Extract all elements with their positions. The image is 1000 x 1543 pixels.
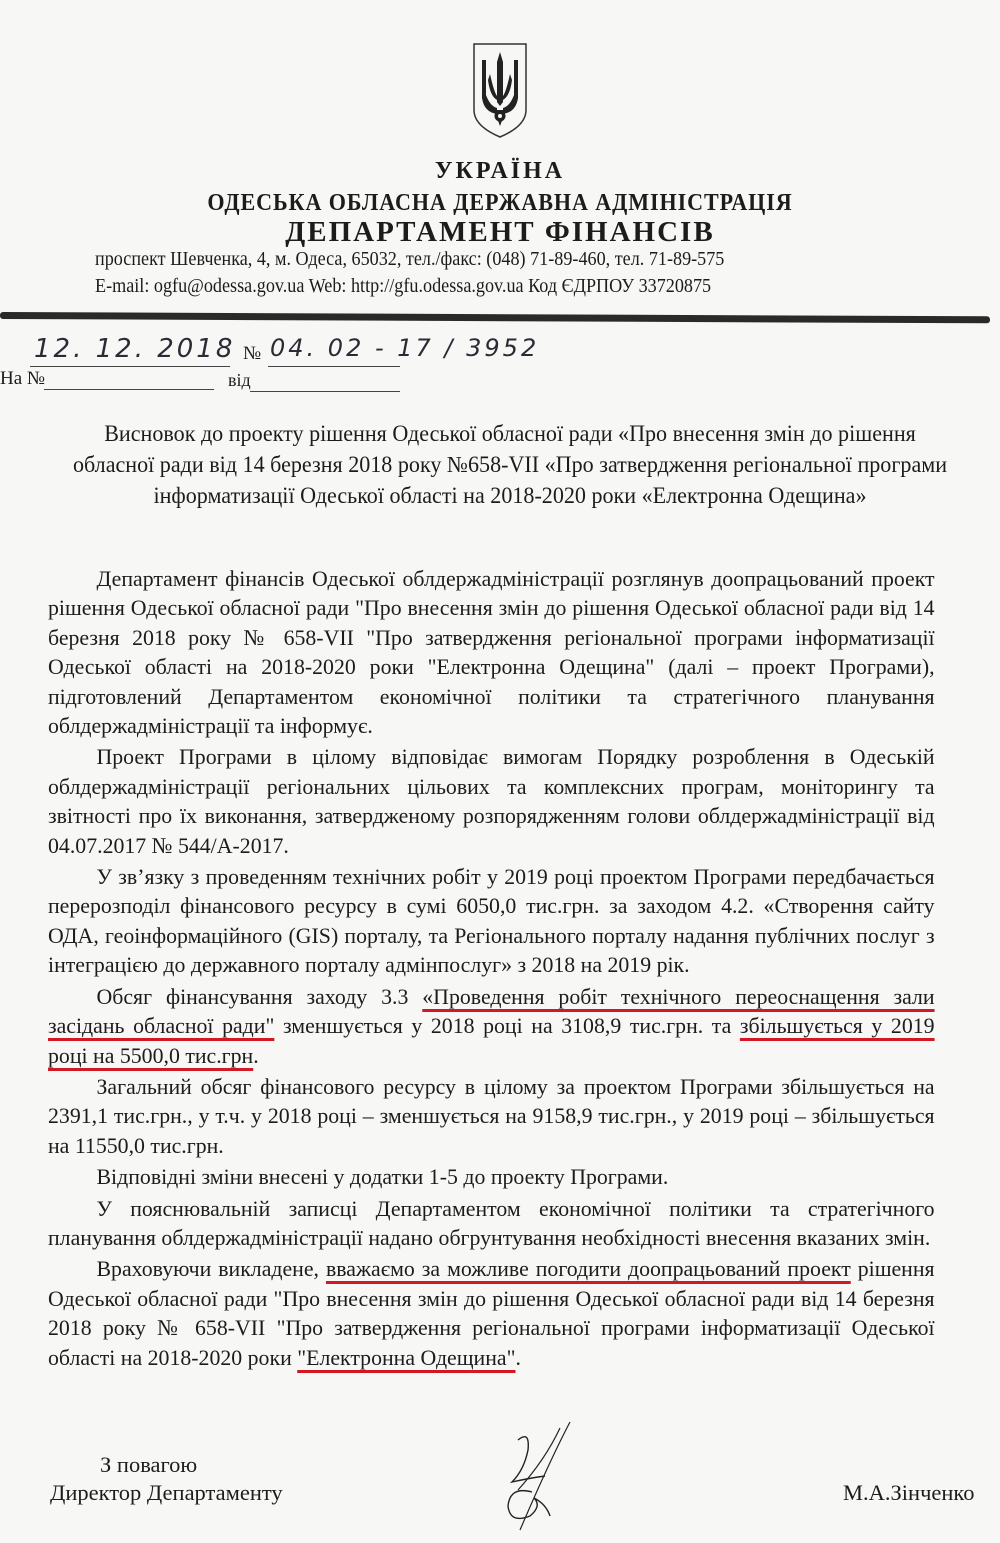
paragraph: Проект Програми в цілому відповідає вимо…	[48, 742, 935, 860]
highlighted-approval: вважаємо за можливе погодити доопрацьова…	[326, 1256, 851, 1281]
date-underline	[30, 366, 230, 367]
reply-to-label: На №	[0, 368, 45, 390]
number-underline	[268, 366, 400, 367]
signatory-name: М.А.Зінченко	[843, 1480, 974, 1506]
document-body: Департамент фінансів Одеської облдержадм…	[48, 564, 935, 1372]
letterhead-separator	[0, 312, 990, 323]
paragraph: У зв’язку з проведенням технічних робіт …	[48, 862, 935, 980]
paragraph: Загальний обсяг фінансового ресурсу в ці…	[48, 1072, 935, 1160]
administration-heading: ОДЕСЬКА ОБЛАСНА ДЕРЖАВНА АДМІНІСТРАЦІЯ	[40, 190, 960, 217]
highlighted-program-name: "Електронна Одещина"	[297, 1345, 515, 1370]
country-heading: УКРАЇНА	[0, 158, 1000, 185]
from-label: від	[228, 370, 251, 391]
paragraph-conclusion: Враховуючи викладене, вважаємо за можлив…	[48, 1254, 935, 1372]
handwritten-signature-icon	[490, 1420, 580, 1540]
paragraph-highlighted-funding: Обсяг фінансування заходу 3.3 «Проведенн…	[48, 982, 935, 1070]
closing-phrase: З повагою	[100, 1452, 197, 1478]
registration-number: 04. 02 - 17 / 3952	[270, 334, 539, 362]
signatory-position: Директор Департаменту	[50, 1480, 283, 1506]
department-heading: ДЕПАРТАМЕНТ ФІНАНСІВ	[0, 216, 1000, 249]
address-line: проспект Шевченка, 4, м. Одеса, 65032, т…	[95, 249, 853, 271]
number-label: №	[243, 343, 261, 365]
trident-coat-of-arms-icon	[470, 40, 530, 140]
paragraph: Відповідні зміни внесені у додатки 1-5 д…	[48, 1162, 935, 1191]
paragraph: У пояснювальній записці Департаментом ек…	[48, 1194, 935, 1253]
from-field	[250, 391, 400, 392]
paragraph: Департамент фінансів Одеської облдержадм…	[48, 564, 935, 740]
reply-to-field	[44, 389, 214, 390]
contact-line: E-mail: ogfu@odessa.gov.ua Web: http://g…	[95, 276, 853, 298]
document-title: Висновок до проекту рішення Одеської обл…	[68, 418, 951, 511]
registration-date: 12. 12. 2018	[34, 334, 235, 364]
